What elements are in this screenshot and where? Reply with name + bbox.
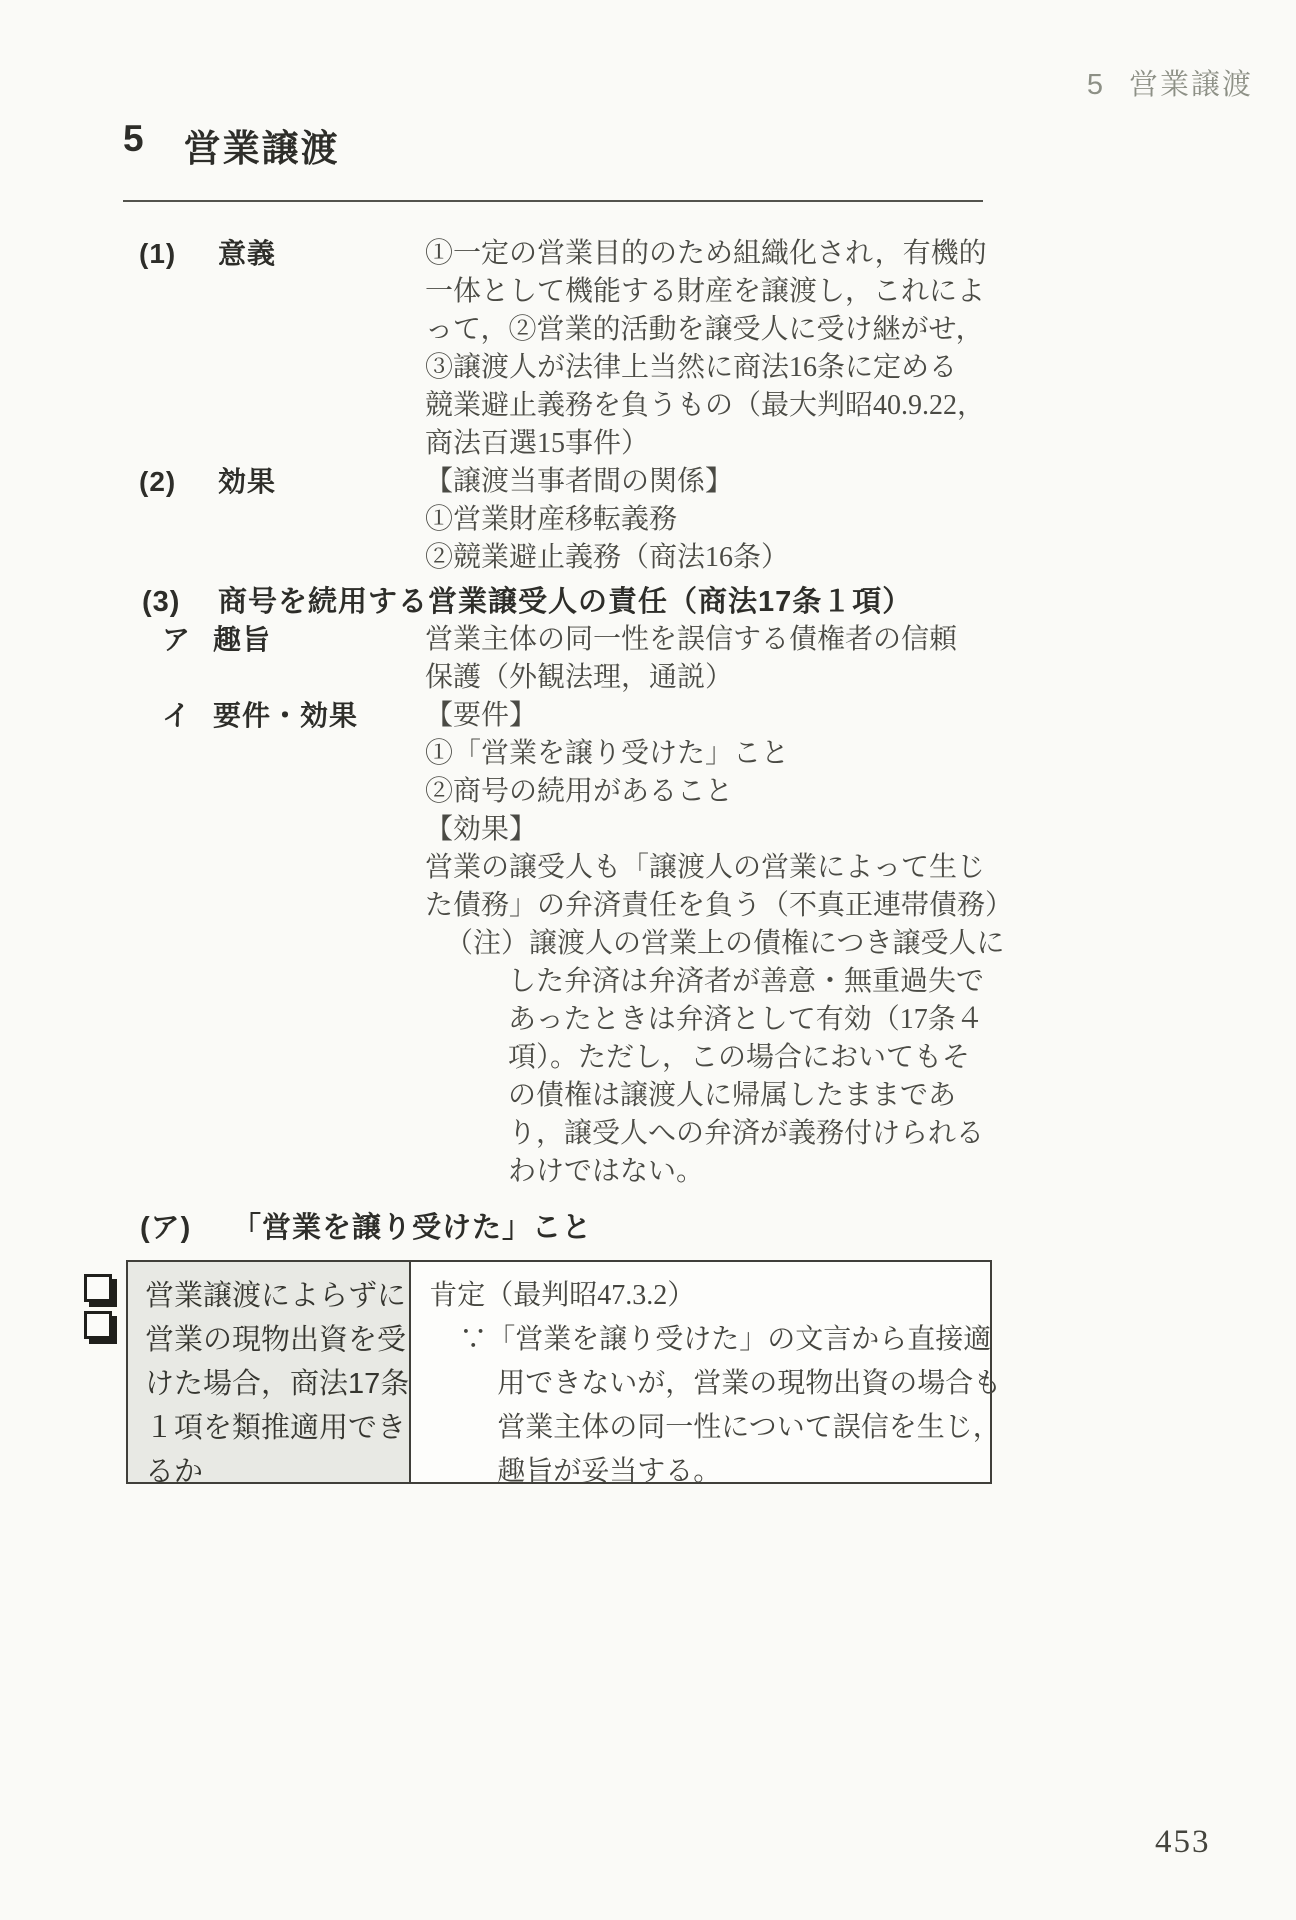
outline-text: 【譲渡当事者間の関係】 (425, 463, 733, 501)
outline-text: 営業の譲受人も「譲渡人の営業によって生じ (425, 849, 985, 887)
outline-line: (1)意義①一定の営業目的のため組織化され，有機的 (123, 235, 1023, 273)
question-line: るか (145, 1450, 409, 1494)
outline-line: ア趣旨営業主体の同一性を誤信する債権者の信頼 (123, 621, 1023, 659)
answer-cell: 肯定（最判昭47.3.2）∵「営業を譲り受けた」の文言から直接適用できないが，営… (411, 1262, 1001, 1482)
outline-item-number: (1) (139, 235, 176, 273)
outline-text: 商法百選15事件） (425, 425, 649, 463)
outline-item-label: 趣旨 (213, 621, 271, 659)
answer-line: 趣旨が妥当する。 (411, 1450, 1001, 1494)
topic-table: 営業譲渡によらずに営業の現物出資を受けた場合，商法17条１項を類推適用できるか … (126, 1260, 992, 1484)
outline-item-number: (3) (142, 583, 180, 621)
outline-line: り，譲受人への弁済が義務付けられる (123, 1115, 1023, 1153)
outline-item-number: (ア) (140, 1209, 191, 1247)
outline-text: （注）譲渡人の営業上の債権につき譲受人に (445, 925, 1004, 963)
outline-text: り，譲受人への弁済が義務付けられる (508, 1115, 984, 1153)
outline-sub-number: ア (162, 621, 191, 659)
outline-line: 【効果】 (123, 811, 1023, 849)
outline-item-number: (2) (139, 463, 176, 501)
outline-text: た債務」の弁済責任を負う（不真正連帯債務） (425, 887, 1013, 925)
question-cell: 営業譲渡によらずに営業の現物出資を受けた場合，商法17条１項を類推適用できるか (128, 1262, 411, 1482)
outline-text: ①「営業を譲り受けた」こと (425, 735, 789, 773)
outline-text: 項）。ただし，この場合においてもそ (508, 1039, 970, 1077)
outline-text: 一体として機能する財産を譲渡し，これによ (425, 273, 985, 311)
outline-item-label: 効果 (218, 463, 276, 501)
outline-item-label: 意義 (218, 235, 276, 273)
answer-line: ∵「営業を譲り受けた」の文言から直接適 (411, 1318, 1001, 1362)
outline-line: の債権は譲渡人に帰属したままであ (123, 1077, 1023, 1115)
outline-line: (2)効果【譲渡当事者間の関係】 (123, 463, 1023, 501)
outline-text: ③譲渡人が法律上当然に商法16条に定める (425, 349, 957, 387)
outline-line: 営業の譲受人も「譲渡人の営業によって生じ (123, 849, 1023, 887)
outline-line: た債務」の弁済責任を負う（不真正連帯債務） (123, 887, 1023, 925)
section-title: 5 営業譲渡 (123, 118, 340, 172)
outline-line: ②商号の続用があること (123, 773, 1023, 811)
answer-line: 営業主体の同一性について誤信を生じ， (411, 1406, 1001, 1450)
outline-line: 保護（外観法理，通説） (123, 659, 1023, 697)
outline-text: した弁済は弁済者が善意・無重過失で (508, 963, 984, 1001)
outline-line: (3)商号を続用する営業譲受人の責任（商法17条１項） (123, 583, 1023, 621)
question-line: １項を類推適用でき (145, 1406, 409, 1450)
outline-text: 「営業を譲り受けた」こと (232, 1209, 592, 1247)
outline-text: ①営業財産移転義務 (425, 501, 677, 539)
title-rule (123, 200, 983, 202)
outline-text: あったときは弁済として有効（17条４ (508, 1001, 984, 1039)
book-page: 5営業譲渡 5 営業譲渡 (1)意義①一定の営業目的のため組織化され，有機的一体… (0, 0, 1296, 1920)
outline-text: 保護（外観法理，通説） (425, 659, 733, 697)
outline-sub-number: イ (162, 697, 191, 735)
outline-line: 競業避止義務を負うもの（最大判昭40.9.22， (123, 387, 1023, 425)
running-header-number: 5 (1087, 69, 1105, 101)
answer-line: 肯定（最判昭47.3.2） (411, 1274, 1001, 1318)
margin-checkbox-2 (84, 1311, 112, 1339)
running-header: 5営業譲渡 (1087, 62, 1253, 103)
outline-text: ①一定の営業目的のため組織化され，有機的 (425, 235, 987, 273)
outline-item-label: 要件・効果 (213, 697, 358, 735)
outline-text: 【効果】 (425, 811, 537, 849)
outline-line: (ア)「営業を譲り受けた」こと (123, 1209, 1023, 1247)
outline-line: 一体として機能する財産を譲渡し，これによ (123, 273, 1023, 311)
outline: (1)意義①一定の営業目的のため組織化され，有機的一体として機能する財産を譲渡し… (123, 235, 1023, 1247)
outline-text: ②商号の続用があること (425, 773, 733, 811)
outline-text: 営業主体の同一性を誤信する債権者の信頼 (425, 621, 957, 659)
outline-text: ②競業避止義務（商法16条） (425, 539, 789, 577)
outline-line: ②競業避止義務（商法16条） (123, 539, 1023, 577)
outline-line: ③譲渡人が法律上当然に商法16条に定める (123, 349, 1023, 387)
question-line: 営業の現物出資を受 (145, 1318, 409, 1362)
outline-text: 商号を続用する営業譲受人の責任（商法17条１項） (218, 583, 912, 621)
running-header-title: 営業譲渡 (1129, 69, 1253, 101)
outline-text: 競業避止義務を負うもの（最大判昭40.9.22， (425, 387, 985, 425)
answer-line: 用できないが，営業の現物出資の場合も (411, 1362, 1001, 1406)
question-line: けた場合，商法17条 (145, 1362, 409, 1406)
question-line: 営業譲渡によらずに (145, 1274, 409, 1318)
outline-line: 商法百選15事件） (123, 425, 1023, 463)
page-number: 453 (1155, 1824, 1211, 1861)
outline-text: 【要件】 (425, 697, 537, 735)
outline-text: の債権は譲渡人に帰属したままであ (508, 1077, 956, 1115)
section-title-text: 営業譲渡 (184, 118, 340, 172)
section-title-number: 5 (123, 118, 146, 160)
outline-line: ①営業財産移転義務 (123, 501, 1023, 539)
outline-text: わけではない。 (508, 1153, 704, 1191)
outline-line: イ要件・効果【要件】 (123, 697, 1023, 735)
outline-line: 項）。ただし，この場合においてもそ (123, 1039, 1023, 1077)
outline-line: した弁済は弁済者が善意・無重過失で (123, 963, 1023, 1001)
margin-checkbox-1 (84, 1274, 112, 1302)
outline-line: あったときは弁済として有効（17条４ (123, 1001, 1023, 1039)
outline-line: （注）譲渡人の営業上の債権につき譲受人に (123, 925, 1023, 963)
outline-line: わけではない。 (123, 1153, 1023, 1191)
outline-line: ①「営業を譲り受けた」こと (123, 735, 1023, 773)
outline-text: って，②営業的活動を譲受人に受け継がせ， (425, 311, 984, 349)
outline-line: って，②営業的活動を譲受人に受け継がせ， (123, 311, 1023, 349)
